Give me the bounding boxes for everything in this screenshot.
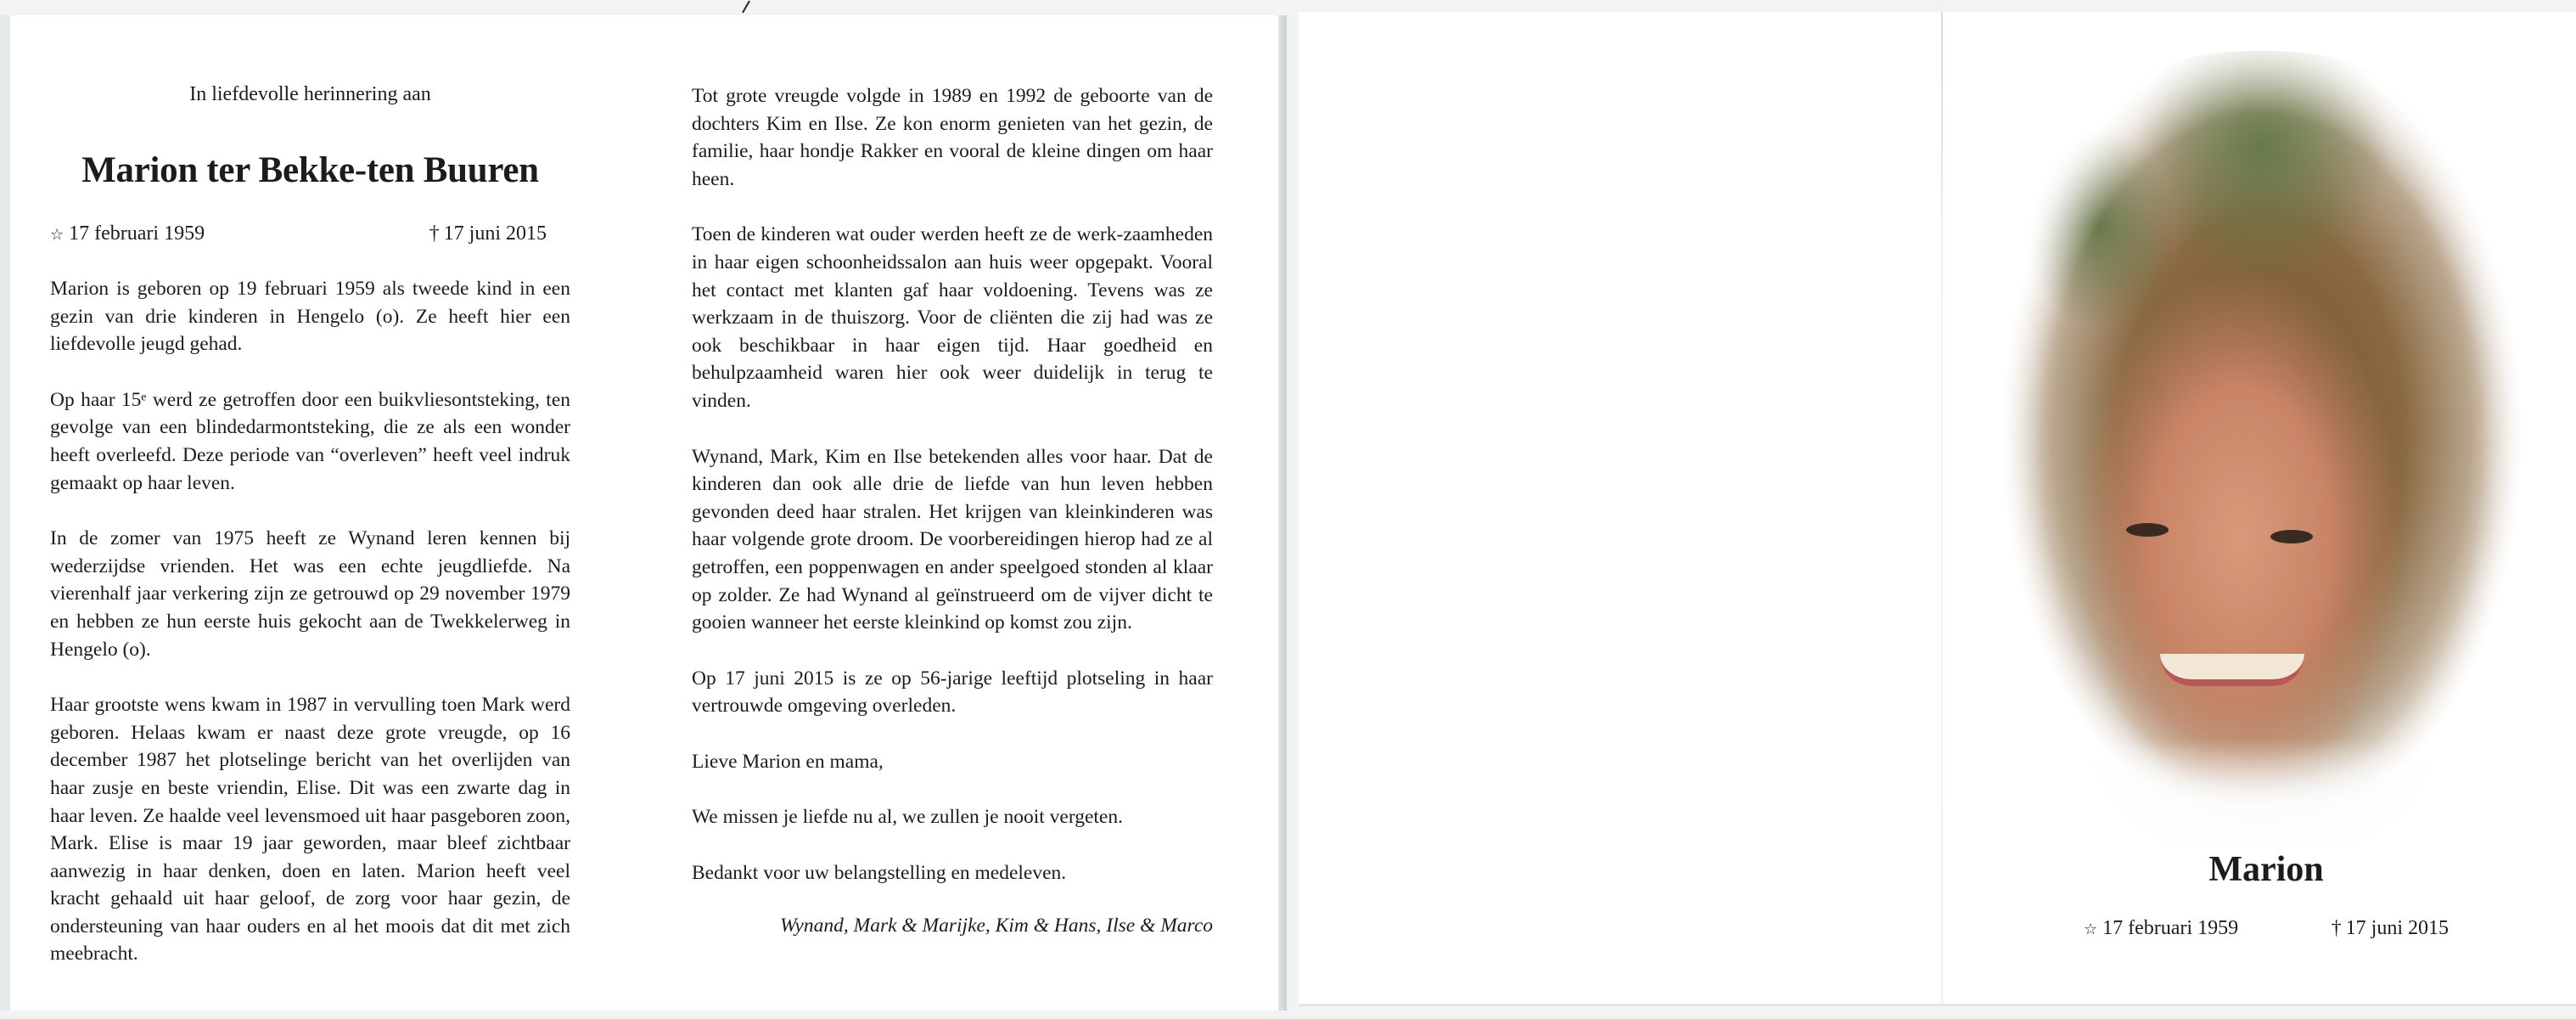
death-date-group: †17 juni 2015 [429,222,547,245]
photo-detail [2270,530,2313,543]
scan-mark [742,1,750,14]
thanks-line: Bedankt voor uw belangstelling en medele… [692,859,1213,887]
birth-date: 17 februari 1959 [69,222,205,245]
family-signature: Wynand, Mark & Marijke, Kim & Hans, Ilse… [692,912,1213,940]
star-icon: ☆ [50,226,64,244]
cover-birth-date-group: ☆17 februari 1959 [2084,917,2238,940]
life-dates: ☆17 februari 1959 †17 juni 2015 [50,222,547,245]
paragraph: In de zomer van 1975 heeft ze Wynand ler… [50,525,570,663]
paragraph: Op 17 juni 2015 is ze op 56-jarige leeft… [692,665,1213,720]
deceased-name: Marion ter Bekke-ten Buuren [50,149,570,191]
greeting: Lieve Marion en mama, [692,748,1213,776]
cover-birth-date: 17 februari 1959 [2102,917,2238,939]
photo-detail [2160,654,2304,686]
farewell-line: We missen je liefde nu al, we zullen je … [692,803,1213,831]
paragraph: Op haar 15ᵉ werd ze getroffen door een b… [50,386,570,497]
birth-date-group: ☆17 februari 1959 [50,222,205,245]
cover-death-date-group: †17 juni 2015 [2332,917,2449,940]
cover-death-date: 17 juni 2015 [2346,917,2449,939]
star-icon: ☆ [2084,920,2097,938]
biography-column-1: Marion is geboren op 19 februari 1959 al… [50,275,570,996]
intro-text: In liefdevolle herinnering aan [50,83,570,106]
photo-detail [1990,739,2534,849]
paragraph: Marion is geboren op 19 februari 1959 al… [50,275,570,358]
portrait-photo [1990,51,2534,849]
cross-icon: † [429,222,440,245]
paragraph: Wynand, Mark, Kim en Ilse betekenden all… [692,443,1213,637]
biography-column-2: Tot grote vreugde volgde in 1989 en 1992… [692,82,1213,939]
cover-life-dates: ☆17 februari 1959 †17 juni 2015 [2084,917,2449,940]
paragraph: Haar grootste wens kwam in 1987 in vervu… [50,691,570,968]
inner-spread: In liefdevolle herinnering aan Marion te… [0,15,1287,1011]
photo-detail [2126,523,2169,537]
cover-name: Marion [2062,849,2470,890]
paragraph: Toen de kinderen wat ouder werden heeft … [692,221,1213,414]
cross-icon: † [2332,917,2342,939]
paragraph: Tot grote vreugde volgde in 1989 en 1992… [692,82,1213,193]
death-date: 17 juni 2015 [444,222,547,245]
card-fold-line [1941,12,1943,1004]
